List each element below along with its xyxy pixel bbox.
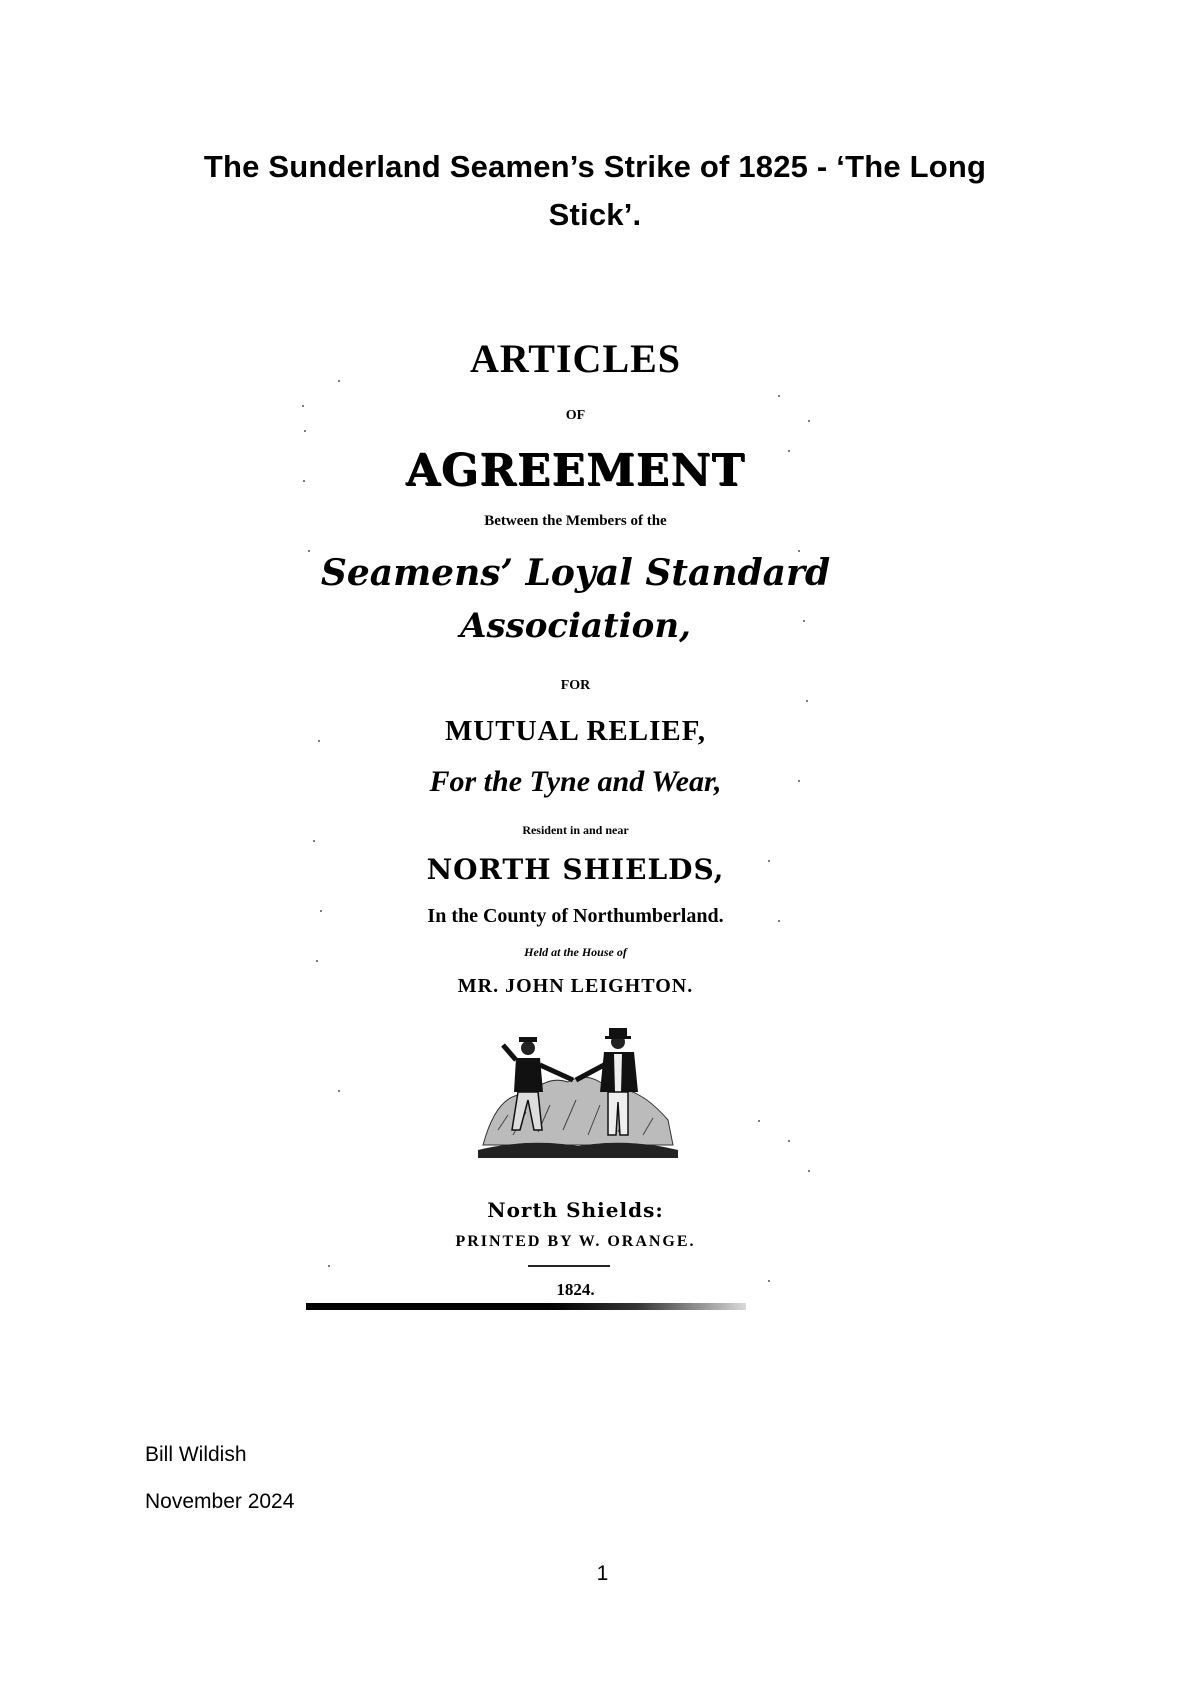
scan-host: MR. JOHN LEIGHTON. (308, 975, 843, 998)
scanned-title-page-image: ARTICLES OF AGREEMENT Between the Member… (308, 320, 843, 1310)
author-name: Bill Wildish (145, 1443, 247, 1467)
scan-tyne-wear: For the Tyne and Wear, (308, 765, 843, 799)
scan-bottom-rule (306, 1303, 746, 1310)
scan-held-at: Held at the House of (308, 945, 843, 960)
title-line-2: Stick’. (549, 197, 642, 232)
scan-short-rule (528, 1265, 610, 1267)
scan-org-line-2: Association, (308, 606, 843, 646)
title-line-1: The Sunderland Seamen’s Strike of 1825 -… (204, 149, 986, 184)
scan-north-shields: NORTH SHIELDS, (308, 853, 843, 886)
scan-county: In the County of Northumberland. (308, 905, 843, 928)
scan-articles: ARTICLES (308, 335, 843, 382)
scan-resident: Resident in and near (308, 823, 843, 838)
scan-year: 1824. (308, 1280, 843, 1300)
document-title: The Sunderland Seamen’s Strike of 1825 -… (120, 143, 1070, 239)
handshake-engraving-icon (468, 1020, 683, 1160)
scan-agreement: AGREEMENT (308, 445, 843, 496)
page-number: 1 (0, 1562, 1191, 1586)
scan-mutual-relief: MUTUAL RELIEF, (308, 715, 843, 748)
scan-for: FOR (308, 678, 843, 694)
scan-org-line-1: Seamens’ Loyal Standard (308, 552, 843, 594)
scan-between: Between the Members of the (308, 513, 843, 530)
scan-imprint-place: North Shields: (308, 1198, 843, 1222)
scan-of: OF (308, 408, 843, 424)
publication-date: November 2024 (145, 1490, 294, 1514)
scan-printer: PRINTED BY W. ORANGE. (308, 1233, 843, 1251)
